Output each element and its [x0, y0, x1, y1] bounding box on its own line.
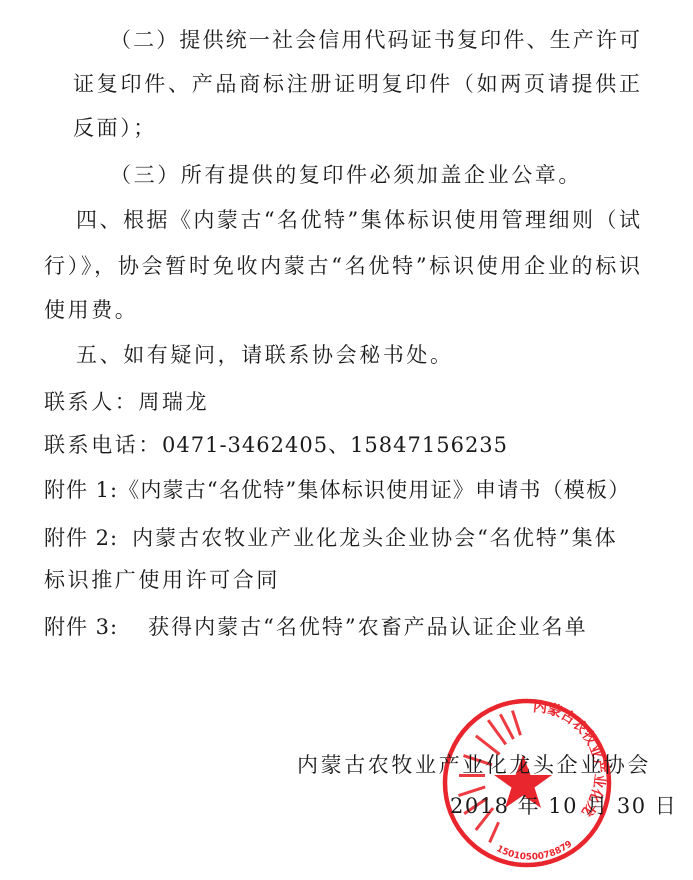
- section-4-text-3: 使用费。: [44, 298, 138, 322]
- attachment-2-title-2: 标识推广使用许可合同: [44, 568, 280, 592]
- attachment-2-title-1: 内蒙古农牧业产业化龙头企业协会“名优特”集体: [132, 526, 617, 550]
- signature-date-text: 2018 年 10 月 30 日: [450, 794, 677, 818]
- attachment-2-line-1: 附件 2:内蒙古农牧业产业化龙头企业协会“名优特”集体: [44, 524, 640, 552]
- contact-phone-label: 联系电话：: [44, 433, 162, 457]
- attachment-2-label: 附件 2:: [44, 526, 118, 550]
- signature-organization-text: 内蒙古农牧业产业化龙头企业协会: [297, 753, 651, 777]
- signature-date: 2018 年 10 月 30 日: [450, 792, 677, 820]
- contact-person: 联系人：周瑞龙: [44, 388, 209, 416]
- attachment-1-label: 附件 1:: [44, 478, 118, 502]
- section-5-line-1: 五、如有疑问，请联系协会秘书处。: [76, 341, 454, 369]
- signature-organization: 内蒙古农牧业产业化龙头企业协会: [297, 751, 651, 779]
- contact-person-label: 联系人：: [44, 390, 138, 414]
- item-3-line-1: （三）所有提供的复印件必须加盖企业公章。: [110, 161, 582, 189]
- item-3-text-1: （三）所有提供的复印件必须加盖企业公章。: [110, 163, 582, 187]
- official-seal-stamp: 内蒙古农牧业产业化龙头企业协会 1501050078879: [441, 697, 613, 869]
- section-4-text-2: 行）》，协会暂时免收内蒙古“名优特”标识使用企业的标识: [44, 252, 640, 280]
- item-2-line-3: 反面）；: [73, 114, 157, 142]
- attachment-1: 附件 1:《内蒙古“名优特”集体标识使用证》申请书（模板）: [44, 476, 640, 504]
- contact-phone: 联系电话：0471-3462405、15847156235: [44, 431, 508, 459]
- contact-phone-numbers: 0471-3462405、15847156235: [162, 433, 508, 457]
- section-4-line-1: 四、根据《内蒙古“名优特”集体标识使用管理细则（试: [76, 206, 640, 234]
- contact-person-name: 周瑞龙: [138, 390, 209, 414]
- attachment-2-line-2: 标识推广使用许可合同: [44, 566, 280, 594]
- section-4-line-3: 使用费。: [44, 296, 138, 324]
- attachment-3-label: 附件 3:: [44, 615, 118, 639]
- section-4-line-2: 行）》，协会暂时免收内蒙古“名优特”标识使用企业的标识: [44, 252, 640, 280]
- item-2-line-1: （二）提供统一社会信用代码证书复印件、生产许可: [110, 26, 640, 54]
- item-2-text-3: 反面）；: [73, 116, 157, 140]
- section-4-text-1: 四、根据《内蒙古“名优特”集体标识使用管理细则（试: [76, 206, 640, 234]
- attachment-1-title: 《内蒙古“名优特”集体标识使用证》申请书（模板）: [118, 478, 630, 502]
- item-2-text-2: 证复印件、产品商标注册证明复印件（如两页请提供正: [73, 70, 640, 98]
- attachment-3: 附件 3:获得内蒙古“名优特”农畜产品认证企业名单: [44, 613, 588, 641]
- attachment-3-title: 获得内蒙古“名优特”农畜产品认证企业名单: [148, 615, 587, 639]
- item-2-text-1: （二）提供统一社会信用代码证书复印件、生产许可: [110, 26, 640, 54]
- item-2-line-2: 证复印件、产品商标注册证明复印件（如两页请提供正: [73, 70, 640, 98]
- section-5-text-1: 五、如有疑问，请联系协会秘书处。: [76, 343, 454, 367]
